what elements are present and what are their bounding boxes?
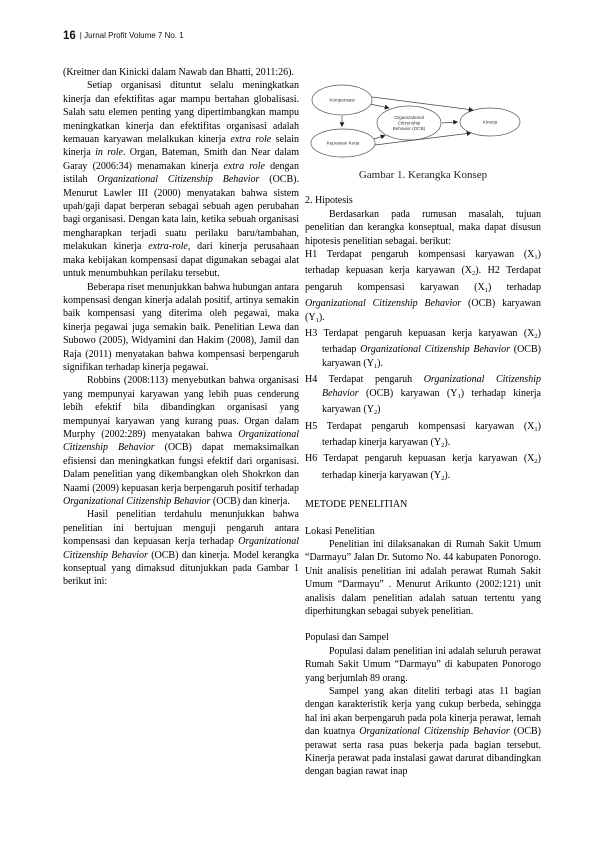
- populasi-paragraph-1: Populasi dalam penelitian ini adalah sel…: [305, 645, 541, 685]
- node-kompensasi-label: Kompensasi: [329, 98, 354, 103]
- populasi-paragraph-2: Sampel yang akan diteliti terbagi atas 1…: [305, 685, 541, 779]
- concept-figure: Kompensasi Kepuasan Kerja Organizational…: [305, 68, 541, 182]
- hypothesis-h5: H5 Terdapat pengaruh kompensasi karyawan…: [305, 420, 541, 453]
- edge-kepuasan-ocb: [374, 136, 385, 140]
- paragraph-riset-kompensasi: Beberapa riset menunjukkan bahwa hubunga…: [63, 281, 299, 375]
- hipotesis-heading: 2. Hipotesis: [305, 194, 541, 207]
- node-kepuasan-kerja-label: Kepuasan Kerja: [327, 141, 360, 146]
- hypothesis-h6: H6 Terdapat pengaruh kepuasan kerja kary…: [305, 452, 541, 485]
- paragraph-hasil-penelitian: Hasil penelitian terdahulu menunjukkan b…: [63, 508, 299, 588]
- journal-title: | Jurnal Profit Volume 7 No. 1: [80, 31, 184, 40]
- hypothesis-h1-h2: H1 Terdapat pengaruh kompensasi karyawan…: [305, 248, 541, 327]
- node-ocb-label-line2: Citizenship: [398, 121, 421, 126]
- page-number: 16: [63, 30, 76, 42]
- concept-diagram: Kompensasi Kepuasan Kerja Organizational…: [305, 68, 541, 164]
- paragraph-citation: (Kreitner dan Kinicki dalam Nawab dan Bh…: [63, 66, 299, 79]
- journal-page: 16| Jurnal Profit Volume 7 No. 1 (Kreitn…: [0, 0, 596, 842]
- figure-caption: Gambar 1. Kerangka Konsep: [305, 169, 541, 182]
- edge-kompensasi-ocb: [370, 104, 389, 108]
- node-ocb-label-line3: Behavior (OCB): [393, 126, 426, 131]
- node-ocb-label-line1: Organizational: [394, 115, 424, 120]
- metode-heading: METODE PENELITIAN: [305, 498, 541, 511]
- two-column-body: (Kreitner dan Kinicki dalam Nawab dan Bh…: [63, 66, 541, 779]
- page-header: 16| Jurnal Profit Volume 7 No. 1: [63, 30, 184, 42]
- paragraph-robbins: Robbins (2008:113) menyebutkan bahwa org…: [63, 374, 299, 508]
- hipotesis-intro: Berdasarkan pada rumusan masalah, tujuan…: [305, 208, 541, 248]
- lokasi-heading: Lokasi Penelitian: [305, 525, 541, 538]
- node-kinerja-label: Kinerja: [483, 120, 498, 125]
- lokasi-paragraph: Penelitian ini dilaksanakan di Rumah Sak…: [305, 538, 541, 618]
- populasi-heading: Populasi dan Sampel: [305, 631, 541, 644]
- hypothesis-h3: H3 Terdapat pengaruh kepuasan kerja kary…: [305, 327, 541, 373]
- right-column: Kompensasi Kepuasan Kerja Organizational…: [305, 66, 541, 779]
- edge-ocb-kinerja: [442, 122, 458, 123]
- left-column: (Kreitner dan Kinicki dalam Nawab dan Bh…: [63, 66, 299, 779]
- paragraph-ocb-intro: Setiap organisasi dituntut selalu mening…: [63, 79, 299, 280]
- hypothesis-h4: H4 Terdapat pengaruh Organizational Citi…: [305, 373, 541, 419]
